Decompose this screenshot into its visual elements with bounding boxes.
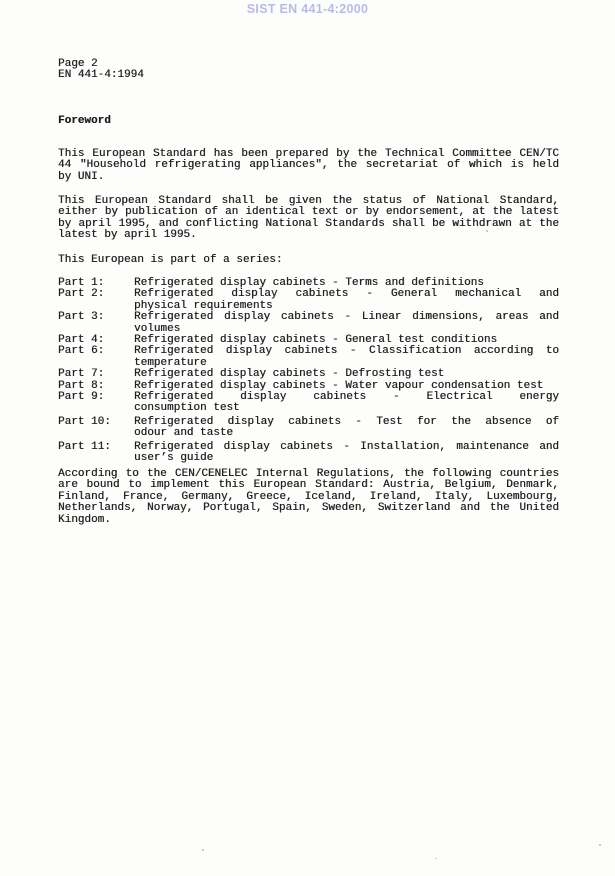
series-parts-list: Part 1: Refrigerated display cabinets - … xyxy=(58,278,559,465)
series-part-row: Part 11: Refrigerated display cabinets -… xyxy=(58,442,559,465)
scanned-document-page: SIST EN 441-4:2000 Page 2 EN 441-4:1994 … xyxy=(0,0,615,876)
scan-speck xyxy=(599,844,601,846)
foreword-paragraph-national-status: This European Standard shall be given th… xyxy=(58,196,559,242)
watermark-standard-code: SIST EN 441-4:2000 xyxy=(0,2,615,16)
standard-reference: EN 441-4:1994 xyxy=(58,70,144,81)
series-part-row: Part 3: Refrigerated display cabinets - … xyxy=(58,312,559,335)
part-label: Part 11: xyxy=(58,442,134,453)
part-label: Part 10: xyxy=(58,417,134,428)
part-label: Part 2: xyxy=(58,289,134,300)
foreword-paragraph-committee: This European Standard has been prepared… xyxy=(58,149,559,183)
series-part-row: Part 6: Refrigerated display cabinets - … xyxy=(58,346,559,369)
part-description: Refrigerated display cabinets - Installa… xyxy=(134,442,559,465)
part-label: Part 7: xyxy=(58,369,134,380)
part-description: Refrigerated display cabinets - Linear d… xyxy=(134,312,559,335)
part-label: Part 3: xyxy=(58,312,134,323)
page-header: Page 2 EN 441-4:1994 xyxy=(58,59,144,82)
part-description: Refrigerated display cabinets - Defrosti… xyxy=(134,369,559,380)
series-part-row: Part 10: Refrigerated display cabinets -… xyxy=(58,417,559,440)
part-label: Part 9: xyxy=(58,392,134,403)
part-description: Refrigerated display cabinets - General … xyxy=(134,289,559,312)
series-part-row: Part 9: Refrigerated display cabinets - … xyxy=(58,392,559,415)
foreword-heading: Foreword xyxy=(58,116,111,127)
part-description: Refrigerated display cabinets - Classifi… xyxy=(134,346,559,369)
part-label: Part 6: xyxy=(58,346,134,357)
series-intro-line: This European is part of a series: xyxy=(58,255,282,266)
series-part-row: Part 7: Refrigerated display cabinets - … xyxy=(58,369,559,380)
scan-speck xyxy=(435,858,437,859)
scan-speck xyxy=(486,230,488,232)
part-description: Refrigerated display cabinets - Electric… xyxy=(134,392,559,415)
series-part-row: Part 2: Refrigerated display cabinets - … xyxy=(58,289,559,312)
closing-paragraph-countries: According to the CEN/CENELEC Internal Re… xyxy=(58,469,559,526)
part-description: Refrigerated display cabinets - Test for… xyxy=(134,417,559,440)
scan-speck xyxy=(202,849,204,851)
